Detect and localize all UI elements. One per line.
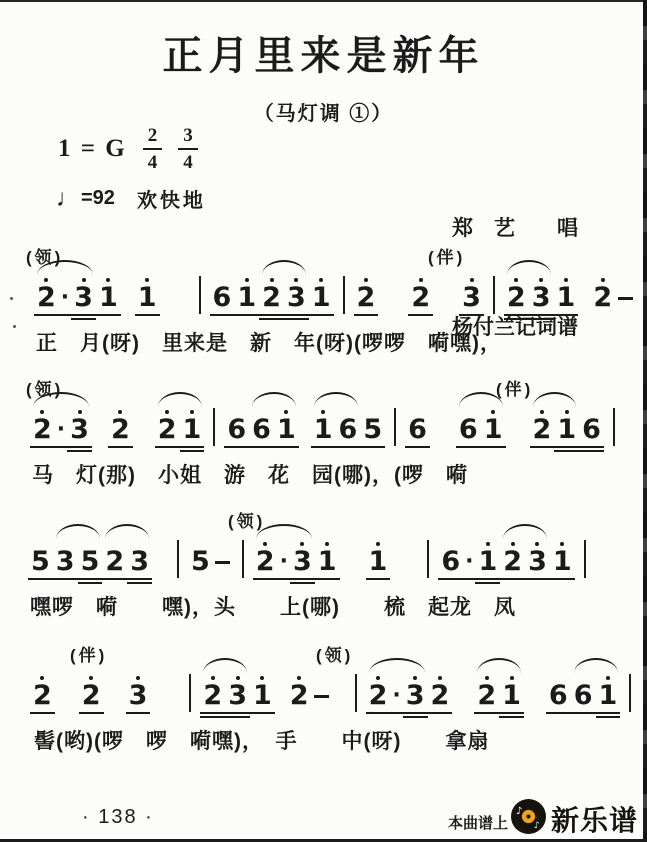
octave-dot xyxy=(145,278,149,282)
barline xyxy=(613,408,615,446)
note-2: 2 xyxy=(530,407,555,454)
barline xyxy=(493,276,495,314)
time-signature-2-4: 2 4 xyxy=(143,126,163,172)
voice-label: (伴) xyxy=(496,375,533,400)
note-3: 3 xyxy=(53,539,78,586)
svg-text:♪: ♪ xyxy=(516,806,522,817)
spacer xyxy=(92,453,108,454)
slur-arc xyxy=(477,658,521,673)
note-2: 2 xyxy=(34,275,59,322)
octave-dot xyxy=(78,410,82,414)
note-5: 5 xyxy=(188,539,213,586)
octave-dot xyxy=(40,410,44,414)
octave-dot xyxy=(486,542,490,546)
note-3: 3 xyxy=(67,407,92,454)
octave-dot xyxy=(319,278,323,282)
spacer xyxy=(275,719,287,720)
spacer xyxy=(578,321,590,322)
vinyl-record-icon: ♪ ♪ xyxy=(510,798,547,835)
octave-dot xyxy=(118,410,122,414)
music-system-2: (领)(伴)2·3221661165661216马 灯(那) 小姐 游 花 园(… xyxy=(0,375,647,505)
note-2: 2 xyxy=(408,275,433,322)
barline xyxy=(394,408,396,446)
note-1: 1 xyxy=(554,275,579,322)
tempo-marking: ♩ =92 欢快地 xyxy=(56,184,206,213)
note-1: 1 xyxy=(96,275,121,322)
note-5: 5 xyxy=(360,407,385,454)
note-3: 3 xyxy=(529,275,554,322)
barline xyxy=(343,276,345,314)
note-6: 6 xyxy=(571,673,596,720)
key-prefix: 1 = G xyxy=(58,135,127,163)
spacer xyxy=(452,719,474,720)
voice-label: (伴) xyxy=(70,641,107,666)
slur-arc xyxy=(314,392,358,407)
note-3: 3 xyxy=(459,275,484,322)
spacer xyxy=(150,719,180,720)
octave-dot xyxy=(376,676,380,680)
note-2: 2 xyxy=(287,673,312,720)
note-3: 3 xyxy=(290,539,315,586)
augmentation-dot: · xyxy=(59,275,71,322)
barline xyxy=(177,540,179,578)
note-6: 6 xyxy=(438,539,463,586)
octave-dot xyxy=(560,542,564,546)
octave-dot xyxy=(514,278,518,282)
note-2: 2 xyxy=(30,407,55,454)
octave-dot xyxy=(413,676,417,680)
slur-arc xyxy=(574,658,618,673)
lyrics-line: 正 月(呀) 里来是 新 年(呀)(啰啰 嗬嘿)， xyxy=(36,327,502,357)
slur-arc xyxy=(203,658,247,673)
song-title: 正月里来是新年 xyxy=(0,24,647,81)
octave-dot xyxy=(511,542,515,546)
spacer xyxy=(390,585,418,586)
octave-dot xyxy=(245,278,249,282)
octave-dot xyxy=(376,542,380,546)
dash-extension xyxy=(615,275,635,322)
ink-speck xyxy=(13,325,16,328)
note-1: 1 xyxy=(234,275,259,322)
spacer xyxy=(332,719,346,720)
sheet-music-page: 正月里来是新年 （马灯调 ①） 1 = G 2 4 3 4 ♩ =92 欢快地 … xyxy=(0,0,647,842)
augmentation-dot: · xyxy=(463,539,475,586)
octave-dot xyxy=(82,278,86,282)
notation-row: 2·311612312232312 xyxy=(34,275,647,322)
augmentation-dot: · xyxy=(390,673,402,720)
octave-dot xyxy=(136,676,140,680)
notation-row: 22323122·3221661 xyxy=(30,673,640,720)
tune-subtitle: （马灯调 ①） xyxy=(0,97,647,126)
note-1: 1 xyxy=(596,673,621,720)
barline xyxy=(213,408,215,446)
note-2: 2 xyxy=(366,673,391,720)
page-number: · 138 · xyxy=(82,806,154,829)
svg-text:♪: ♪ xyxy=(534,821,540,831)
octave-dot xyxy=(44,278,48,282)
slur-arc xyxy=(158,392,202,407)
augmentation-dot: · xyxy=(55,407,67,454)
note-2: 2 xyxy=(504,275,529,322)
note-2: 2 xyxy=(79,673,104,720)
note-3: 3 xyxy=(127,539,152,586)
note-2: 2 xyxy=(102,539,127,586)
note-2: 2 xyxy=(474,673,499,720)
time-signature-3-4: 3 4 xyxy=(178,126,198,172)
octave-dot xyxy=(470,278,474,282)
octave-dot xyxy=(297,676,301,680)
octave-dot xyxy=(284,410,288,414)
ink-speck xyxy=(10,297,13,300)
notation-row: 5352352·3116·1231 xyxy=(28,539,595,586)
augmentation-dot: · xyxy=(278,539,290,586)
octave-dot xyxy=(485,676,489,680)
note-2: 2 xyxy=(590,275,615,322)
slur-arc xyxy=(56,524,100,539)
note-6: 6 xyxy=(405,407,430,454)
singer-credit: 郑 艺 唱 xyxy=(452,212,578,245)
slur-arc xyxy=(533,392,576,407)
scan-edge-top xyxy=(0,0,647,2)
spacer xyxy=(121,321,135,322)
octave-dot xyxy=(89,676,93,680)
octave-dot xyxy=(270,278,274,282)
octave-dot xyxy=(564,278,568,282)
note-1: 1 xyxy=(366,539,391,586)
barline xyxy=(427,540,429,578)
mood-marking: 欢快地 xyxy=(137,184,206,213)
octave-dot xyxy=(565,410,569,414)
lyrics-line: 马 灯(那) 小姐 游 花 园(哪)，(啰 嗬 xyxy=(32,459,468,489)
note-3: 3 xyxy=(525,539,550,586)
note-1: 1 xyxy=(274,407,299,454)
note-2: 2 xyxy=(30,673,55,720)
octave-dot xyxy=(325,542,329,546)
note-1: 1 xyxy=(135,275,160,322)
note-1: 1 xyxy=(315,539,340,586)
meter-numerator: 3 xyxy=(178,126,198,150)
note-5: 5 xyxy=(28,539,53,586)
note-2: 2 xyxy=(200,673,225,720)
note-1: 1 xyxy=(475,539,500,586)
spacer xyxy=(299,453,311,454)
note-2: 2 xyxy=(155,407,180,454)
octave-dot xyxy=(535,542,539,546)
octave-dot xyxy=(106,278,110,282)
spacer xyxy=(430,453,456,454)
spacer xyxy=(378,321,408,322)
note-3: 3 xyxy=(284,275,309,322)
note-1: 1 xyxy=(499,673,524,720)
octave-dot xyxy=(606,676,610,680)
octave-dot xyxy=(294,278,298,282)
note-6: 6 xyxy=(249,407,274,454)
slur-arc xyxy=(369,658,425,673)
voice-label: (领) xyxy=(228,507,265,532)
slur-arc xyxy=(503,524,547,539)
barline xyxy=(189,674,191,712)
note-2: 2 xyxy=(500,539,525,586)
note-3: 3 xyxy=(126,673,151,720)
note-2: 2 xyxy=(253,539,278,586)
note-2: 2 xyxy=(108,407,133,454)
meter-denominator: 4 xyxy=(183,153,193,172)
octave-dot xyxy=(236,676,240,680)
spacer xyxy=(160,321,190,322)
barline xyxy=(629,674,631,712)
key-signature: 1 = G 2 4 3 4 xyxy=(58,126,198,172)
spacer xyxy=(340,585,366,586)
spacer xyxy=(55,719,79,720)
note-6: 6 xyxy=(336,407,361,454)
note-1: 1 xyxy=(481,407,506,454)
slur-arc xyxy=(105,524,149,539)
voice-label: (伴) xyxy=(428,243,465,268)
music-system-1: (领)(伴)2·311612312232312正 月(呀) 里来是 新 年(呀)… xyxy=(0,243,647,373)
spacer xyxy=(133,453,155,454)
spacer xyxy=(524,719,546,720)
scan-edge-right xyxy=(643,0,647,842)
note-6: 6 xyxy=(546,673,571,720)
octave-dot xyxy=(300,542,304,546)
note-6: 6 xyxy=(210,275,235,322)
note-3: 3 xyxy=(403,673,428,720)
octave-dot xyxy=(510,676,514,680)
barline xyxy=(242,540,244,578)
tempo-value: =92 xyxy=(81,187,115,210)
octave-dot xyxy=(190,410,194,414)
note-6: 6 xyxy=(456,407,481,454)
note-3: 3 xyxy=(71,275,96,322)
octave-dot xyxy=(165,410,169,414)
brand-logo-text: 新乐谱 xyxy=(551,799,638,839)
slur-arc xyxy=(262,260,306,275)
note-1: 1 xyxy=(554,407,579,454)
octave-dot xyxy=(601,278,605,282)
octave-dot xyxy=(491,410,495,414)
note-3: 3 xyxy=(225,673,250,720)
lyrics-line: 髻(哟)(啰 啰 嗬嘿)， 手 中(呀) 拿扇 xyxy=(34,725,489,755)
octave-dot xyxy=(364,278,368,282)
slur-arc xyxy=(252,392,296,407)
spacer xyxy=(433,321,459,322)
voice-label: (领) xyxy=(316,641,353,666)
meter-denominator: 4 xyxy=(148,153,158,172)
note-6: 6 xyxy=(579,407,604,454)
octave-dot xyxy=(438,676,442,680)
quarter-note-icon: ♩ xyxy=(56,187,80,211)
note-1: 1 xyxy=(180,407,205,454)
promo-text: 本曲谱上 xyxy=(448,812,508,833)
dash-extension xyxy=(312,673,332,720)
octave-dot xyxy=(260,676,264,680)
note-1: 1 xyxy=(550,539,575,586)
octave-dot xyxy=(419,278,423,282)
music-system-3: (领)5352352·3116·1231嘿啰 嗬 嘿)，头 上(哪) 梳 起龙 … xyxy=(0,507,647,637)
spacer xyxy=(152,585,168,586)
note-2: 2 xyxy=(259,275,284,322)
notation-row: 2·3221661165661216 xyxy=(30,407,624,454)
meter-numerator: 2 xyxy=(143,126,163,150)
barline xyxy=(199,276,201,314)
note-1: 1 xyxy=(250,673,275,720)
octave-dot xyxy=(540,410,544,414)
note-1: 1 xyxy=(309,275,334,322)
octave-dot xyxy=(40,676,44,680)
octave-dot xyxy=(263,542,267,546)
slur-arc xyxy=(507,260,551,275)
spacer xyxy=(104,719,126,720)
note-2: 2 xyxy=(354,275,379,322)
note-1: 1 xyxy=(311,407,336,454)
spacer xyxy=(506,453,530,454)
octave-dot xyxy=(539,278,543,282)
note-2: 2 xyxy=(428,673,453,720)
note-6: 6 xyxy=(224,407,249,454)
barline xyxy=(584,540,586,578)
note-5: 5 xyxy=(78,539,103,586)
lyrics-line: 嘿啰 嗬 嘿)，头 上(哪) 梳 起龙 凤 xyxy=(30,591,516,621)
octave-dot xyxy=(211,676,215,680)
dash-extension xyxy=(213,539,233,586)
music-system-4: (伴)(领)22323122·3221661髻(哟)(啰 啰 嗬嘿)， 手 中(… xyxy=(0,641,647,771)
octave-dot xyxy=(321,410,325,414)
barline xyxy=(355,674,357,712)
